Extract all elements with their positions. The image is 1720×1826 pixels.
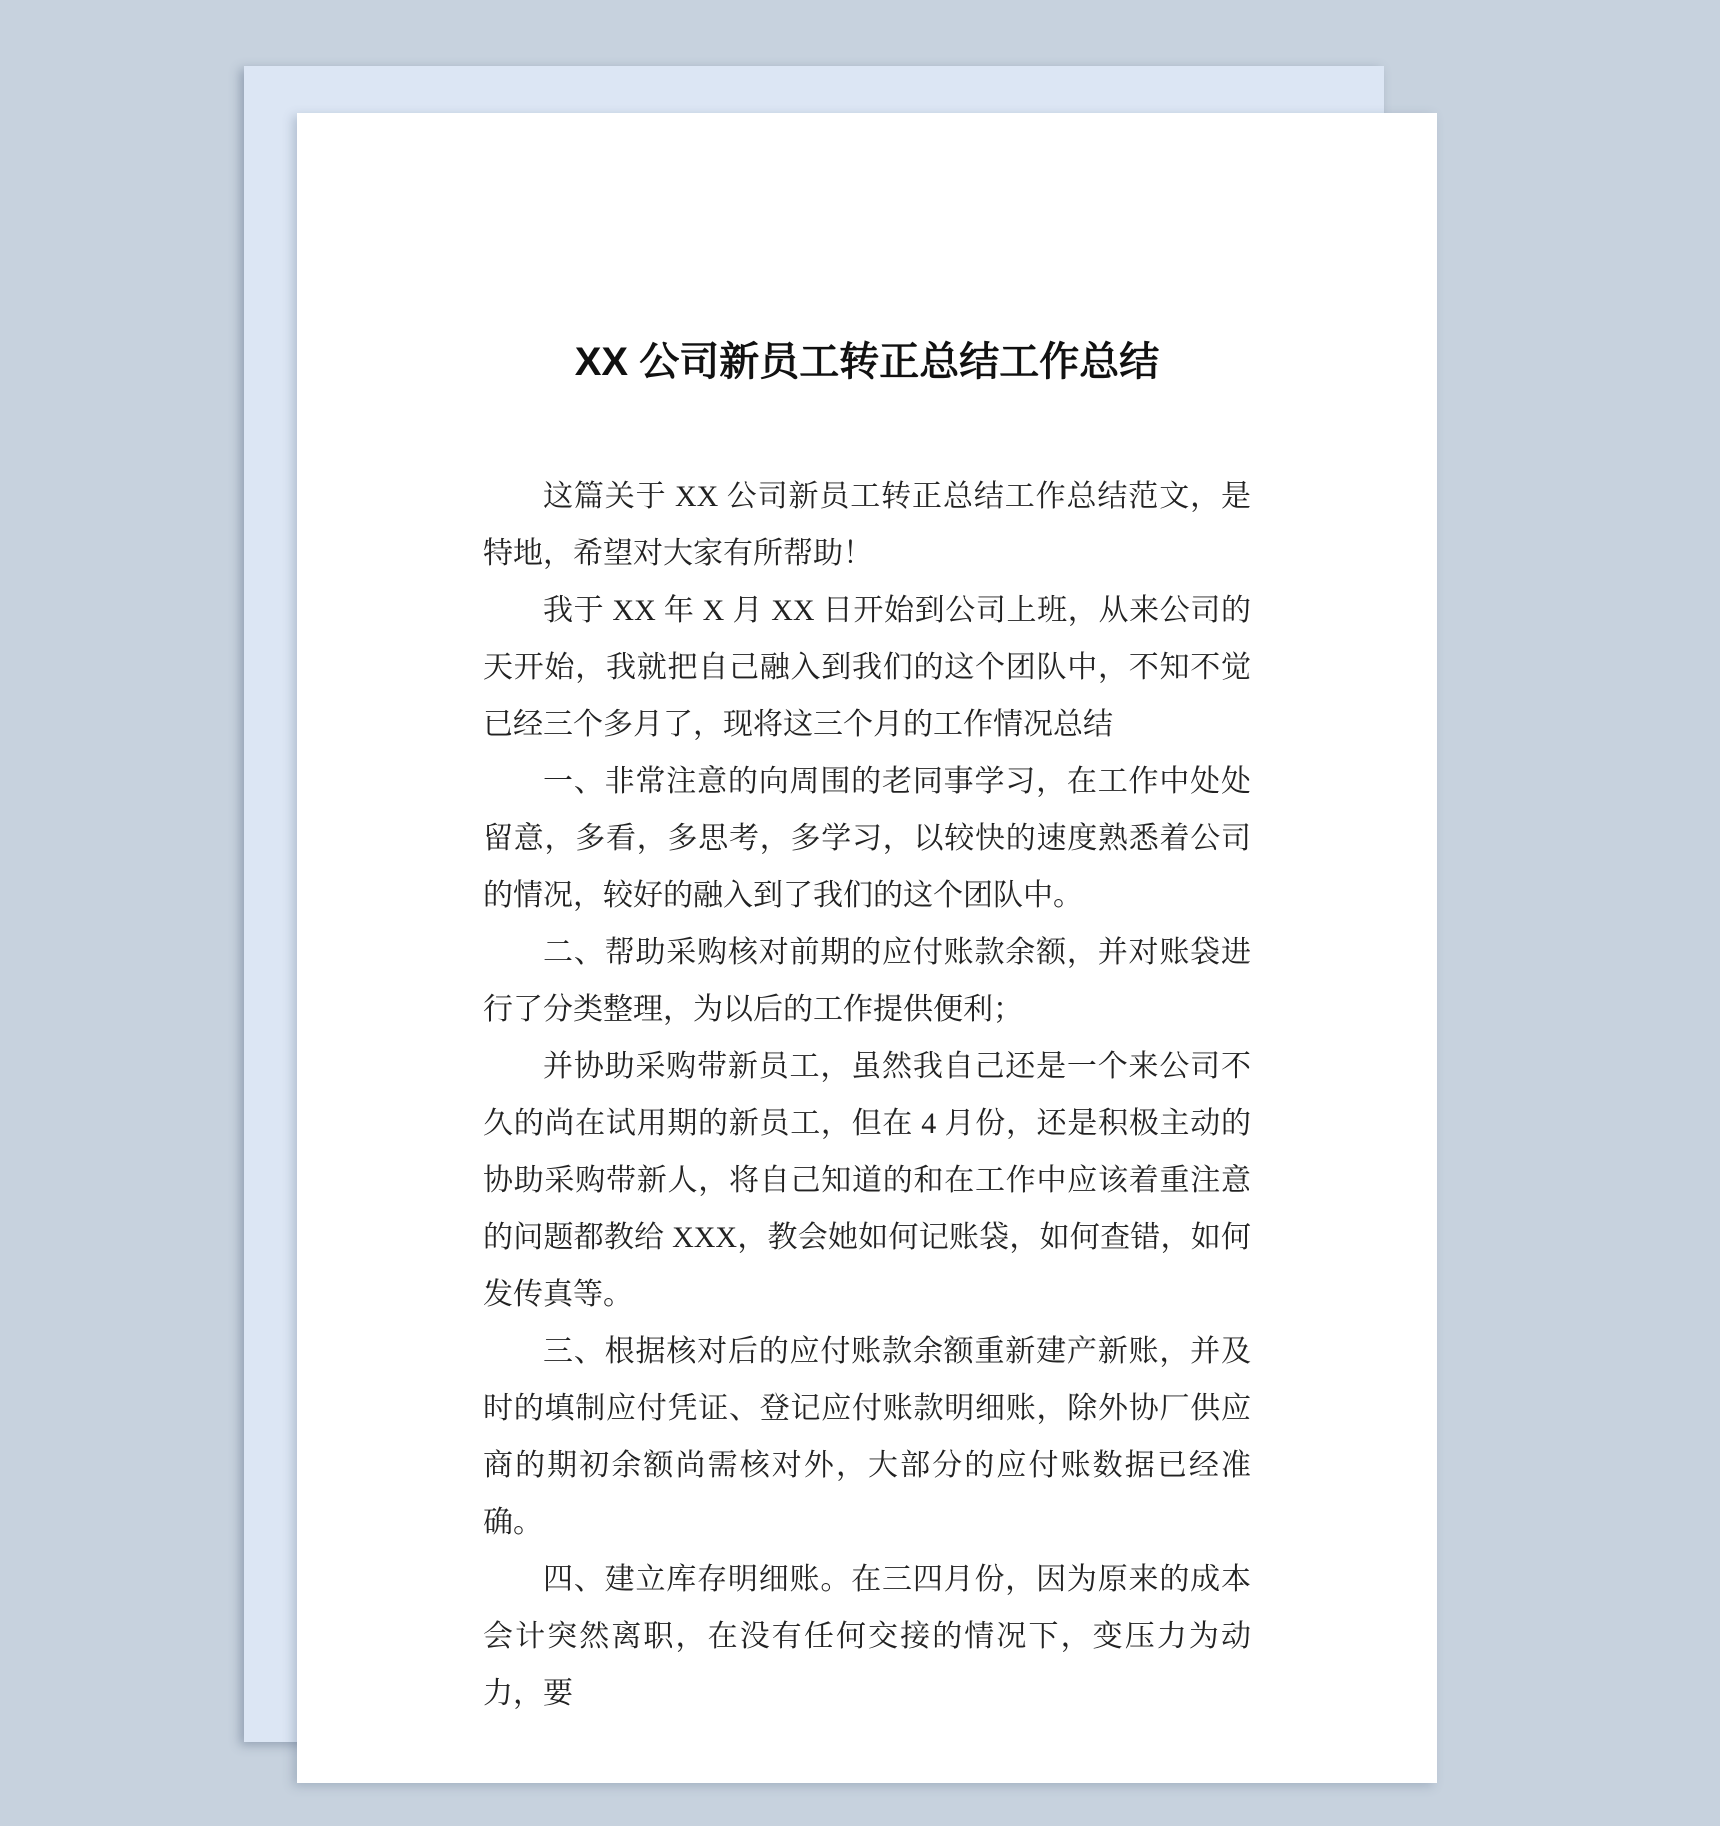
document-title: XX 公司新员工转正总结工作总结 (483, 338, 1251, 386)
paragraph: 四、建立库存明细账。在三四月份，因为原来的成本会计突然离职，在没有任何交接的情况… (483, 1551, 1251, 1722)
paragraph: 一、非常注意的向周围的老同事学习，在工作中处处留意，多看，多思考，多学习，以较快… (483, 753, 1251, 924)
document-body: 这篇关于 XX 公司新员工转正总结工作总结范文，是特地，希望对大家有所帮助！ 我… (483, 468, 1251, 1722)
paragraph: 这篇关于 XX 公司新员工转正总结工作总结范文，是特地，希望对大家有所帮助！ (483, 468, 1251, 582)
paragraph: 二、帮助采购核对前期的应付账款余额，并对账袋进行了分类整理，为以后的工作提供便利… (483, 924, 1251, 1038)
paragraph: 我于 XX 年 X 月 XX 日开始到公司上班，从来公司的天开始，我就把自己融入… (483, 582, 1251, 753)
canvas-background: XX 公司新员工转正总结工作总结 这篇关于 XX 公司新员工转正总结工作总结范文… (0, 0, 1720, 1826)
document-page: XX 公司新员工转正总结工作总结 这篇关于 XX 公司新员工转正总结工作总结范文… (297, 113, 1437, 1783)
paragraph: 三、根据核对后的应付账款余额重新建产新账，并及时的填制应付凭证、登记应付账款明细… (483, 1323, 1251, 1551)
paragraph: 并协助采购带新员工，虽然我自己还是一个来公司不久的尚在试用期的新员工，但在 4 … (483, 1038, 1251, 1323)
